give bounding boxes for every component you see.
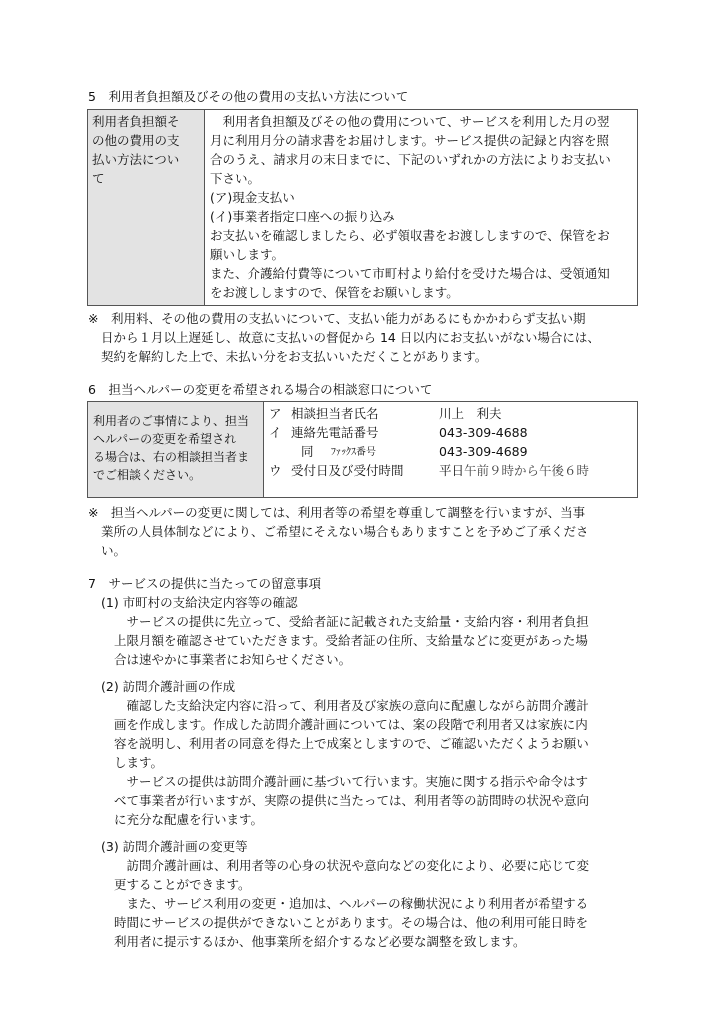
label-line: の他の費用の支	[92, 131, 200, 150]
content-line: お支払いを確認しましたら、必ず領収書をお渡ししますので、保管をお	[210, 226, 632, 245]
reception-time: 午前９時から午後６時	[464, 463, 589, 478]
subsection-1-title: (1) 市町村の支給決定内容等の確認	[101, 593, 298, 612]
subsection-2-line: 容を説明し、利用者の同意を得た上で成案としますので、ご確認いただくようお願い	[114, 734, 589, 753]
content-line: 下さい。	[210, 169, 632, 188]
subsection-2-line: 確認した支給決定内容に沿って、利用者及び家族の意向に配慮しながら訪問介護計	[114, 696, 589, 715]
row-item: 相談担当者氏名	[291, 404, 379, 423]
subsection-3-title: (3) 訪問介護計画の変更等	[101, 837, 248, 856]
subsection-2-line: サービスの提供は訪問介護計画に基づいて行います。実施に関する指示や命令はす	[114, 772, 588, 791]
contact-row-hours: ウ 受付日及び受付時間 平日午前９時から午後６時	[269, 461, 632, 480]
payment-option-transfer: (イ)事業者指定口座への振り込み	[210, 207, 632, 226]
subsection-1-line: 合は速やかに事業者にお知らせください。	[114, 650, 351, 669]
content-line: をお渡ししますので、保管をお願いします。	[210, 283, 632, 302]
label-line: る場合は、右の相談担当者ま	[93, 448, 259, 466]
reception-hours: 平日午前９時から午後６時	[439, 461, 589, 480]
content-line: 月に利用月分の請求書をお届けします。サービス提供の記録と内容を照	[210, 131, 632, 150]
row-marker: ア	[269, 404, 282, 423]
content-line: 利用者負担額及びその他の費用について、サービスを利用した月の翌	[210, 112, 632, 131]
subsection-3-line: 利用者に提示するほか、他事業所を紹介するなど必要な調整を致します。	[114, 932, 526, 951]
section-5-heading: 5 利用者負担額及びその他の費用の支払い方法について	[88, 87, 408, 106]
payment-option-cash: (ア)現金支払い	[210, 188, 632, 207]
subsection-2-line: に充分な配慮を行います。	[114, 810, 263, 829]
consultation-label-cell: 利用者のご事情により、担当 ヘルパーの変更を希望され る場合は、右の相談担当者ま…	[88, 402, 264, 498]
section-6-heading: 6 担当ヘルパーの変更を希望される場合の相談窓口について	[88, 380, 432, 399]
contact-row-phone: イ 連絡先電話番号 043-309-4688	[269, 423, 632, 442]
content-line: 合のうえ、請求月の末日までに、下記のいずれかの方法によりお支払い	[210, 150, 632, 169]
row-item: 受付日及び受付時間	[291, 461, 404, 480]
content-line: 願いします。	[210, 245, 632, 264]
consultation-contact-table: 利用者のご事情により、担当 ヘルパーの変更を希望され る場合は、右の相談担当者ま…	[87, 401, 638, 498]
subsection-2-line: べて事業者が行いますが、実際の提供に当たっては、利用者等の訪問時の状況や意向	[114, 791, 589, 810]
subsection-3-line: 時間にサービスの提供ができないことがあります。その場合は、他の利用可能日時を	[114, 913, 588, 932]
subsection-2-line: します。	[114, 753, 163, 772]
payment-method-table: 利用者負担額そ の他の費用の支 払い方法につい て 利用者負担額及びその他の費用…	[87, 109, 638, 306]
row-marker: イ	[269, 423, 282, 442]
subsection-3-line: 更することができます。	[114, 875, 251, 894]
payment-method-label-cell: 利用者負担額そ の他の費用の支 払い方法につい て	[88, 110, 205, 306]
phone-number: 043-309-4688	[439, 423, 528, 442]
section-5-note-line: 日から１月以上遅延し、故意に支払いの督促から 14 日以内にお支払いがない場合に…	[101, 328, 600, 347]
section-6-note-line: い。	[101, 541, 126, 560]
subsection-3-line: 訪問介護計画は、利用者等の心身の状況や意向などの変化により、必要に応じて変	[114, 856, 589, 875]
row-item-prefix: 同	[301, 442, 314, 461]
subsection-3-line: また、サービス利用の変更・追加は、ヘルパーの稼働状況により利用者が希望する	[114, 894, 588, 913]
payment-method-content-cell: 利用者負担額及びその他の費用について、サービスを利用した月の翌 月に利用月分の請…	[205, 110, 638, 306]
section-6-note-line: 業所の人員体制などにより、ご希望にそえない場合もありますことを予めご了承くださ	[101, 522, 589, 541]
label-line: 払い方法につい	[92, 150, 200, 169]
contact-row-fax: 同 ﾌｧｯｸｽ番号 043-309-4689	[269, 442, 632, 461]
label-line: でご相談ください。	[93, 466, 259, 484]
contact-person-name: 川上 利夫	[439, 404, 502, 423]
row-item: ﾌｧｯｸｽ番号	[331, 443, 376, 462]
subsection-2-title: (2) 訪問介護計画の作成	[101, 677, 235, 696]
label-line: て	[92, 169, 200, 188]
label-line: 利用者のご事情により、担当	[93, 412, 259, 430]
content-line: また、介護給付費等について市町村より給付を受けた場合は、受領通知	[210, 264, 632, 283]
row-marker: ウ	[269, 461, 282, 480]
section-7-heading: 7 サービスの提供に当たっての留意事項	[88, 574, 321, 593]
subsection-2-line: 画を作成します。作成した訪問介護計画については、案の段階で利用者又は家族に内	[114, 715, 588, 734]
label-line: ヘルパーの変更を希望され	[93, 430, 259, 448]
label-line: 利用者負担額そ	[92, 112, 200, 131]
section-5-note-line: ※ 利用料、その他の費用の支払いについて、支払い能力があるにもかかわらず支払い期	[88, 309, 585, 328]
subsection-1-line: 上限月額を確認させていただきます。受給者証の住所、支給量などに変更があった場	[114, 631, 588, 650]
subsection-1-line: サービスの提供に先立って、受給者証に記載された支給量・支給内容・利用者負担	[114, 612, 589, 631]
row-item: 連絡先電話番号	[291, 423, 379, 442]
section-5-note-line: 契約を解約した上で、未払い分をお支払いいただくことがあります。	[101, 347, 487, 366]
reception-days: 平日	[439, 463, 464, 478]
contact-row-person: ア 相談担当者氏名 川上 利夫	[269, 404, 632, 423]
consultation-content-cell: ア 相談担当者氏名 川上 利夫 イ 連絡先電話番号 043-309-4688 同…	[264, 402, 638, 498]
fax-number: 043-309-4689	[439, 442, 528, 461]
section-6-note-line: ※ 担当ヘルパーの変更に関しては、利用者等の希望を尊重して調整を行いますが、当事	[88, 503, 585, 522]
